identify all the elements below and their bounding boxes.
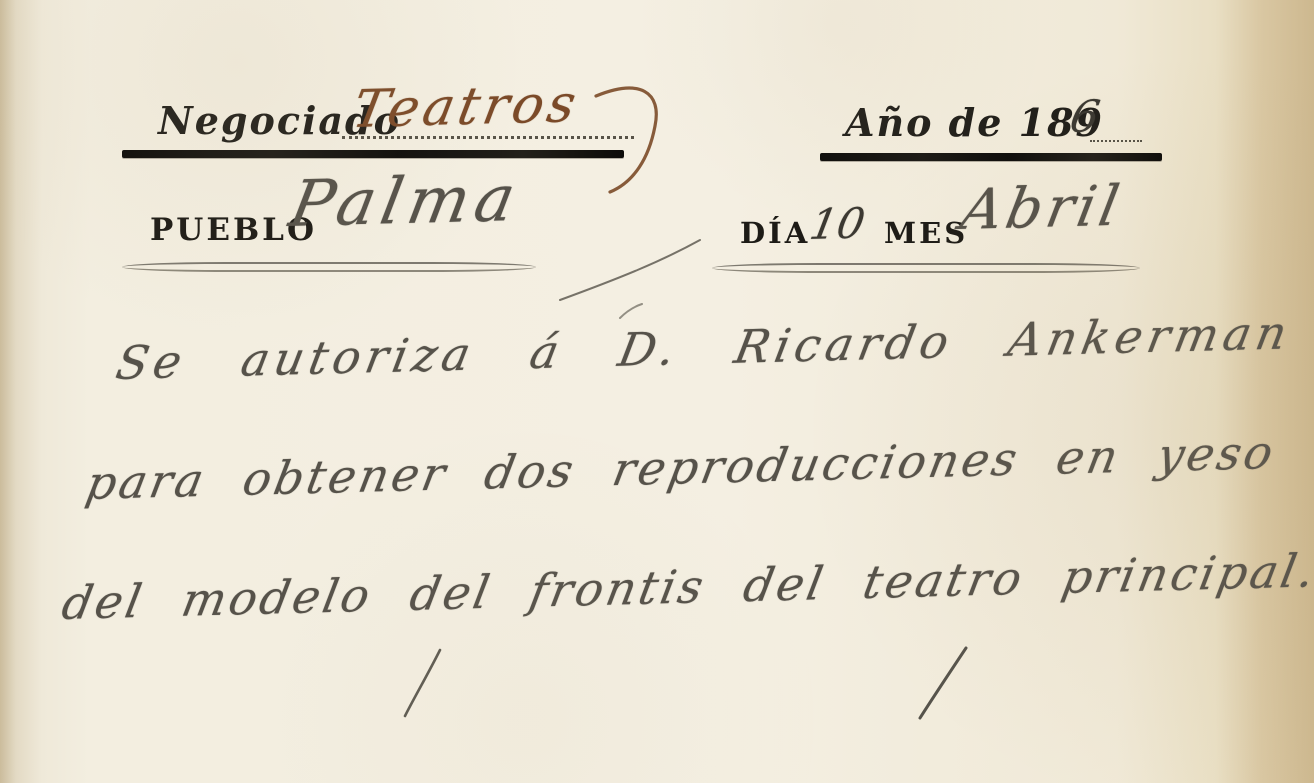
body-text-line2: para obtener dos reproducciones en yeso — [82, 425, 1280, 510]
dia-mes-underline — [712, 263, 1140, 273]
teatro-descender-stroke — [920, 648, 966, 718]
body-text-line1: Se autoriza á D. Ricardo Ankerman — [112, 305, 1296, 390]
mes-label: MES — [884, 216, 968, 250]
negociado-handwritten-value: Teatros — [348, 74, 585, 140]
header-rule-left — [122, 150, 624, 158]
pueblo-underline — [122, 262, 536, 272]
body-text-line3: del modelo del frontis del teatro princi… — [58, 543, 1314, 630]
dia-label: DÍA — [740, 216, 810, 250]
dia-handwritten-value: 10 — [806, 199, 869, 249]
frontis-descender-stroke — [405, 650, 440, 716]
anio-label: Año de 189 — [845, 100, 1104, 145]
anio-dotted-fill-line — [1090, 140, 1142, 142]
teatros-ink-tail — [596, 88, 656, 192]
palma-flourish — [560, 240, 700, 300]
accent-stroke — [620, 304, 642, 318]
pueblo-handwritten-value: Palma — [284, 162, 527, 242]
negociado-dotted-fill-line — [342, 136, 634, 139]
scanned-document-page: Negociado Teatros Año de 189 6 PUEBLO Pa… — [0, 0, 1314, 783]
mes-handwritten-value: Abril — [956, 174, 1128, 243]
header-rule-right — [820, 153, 1162, 161]
